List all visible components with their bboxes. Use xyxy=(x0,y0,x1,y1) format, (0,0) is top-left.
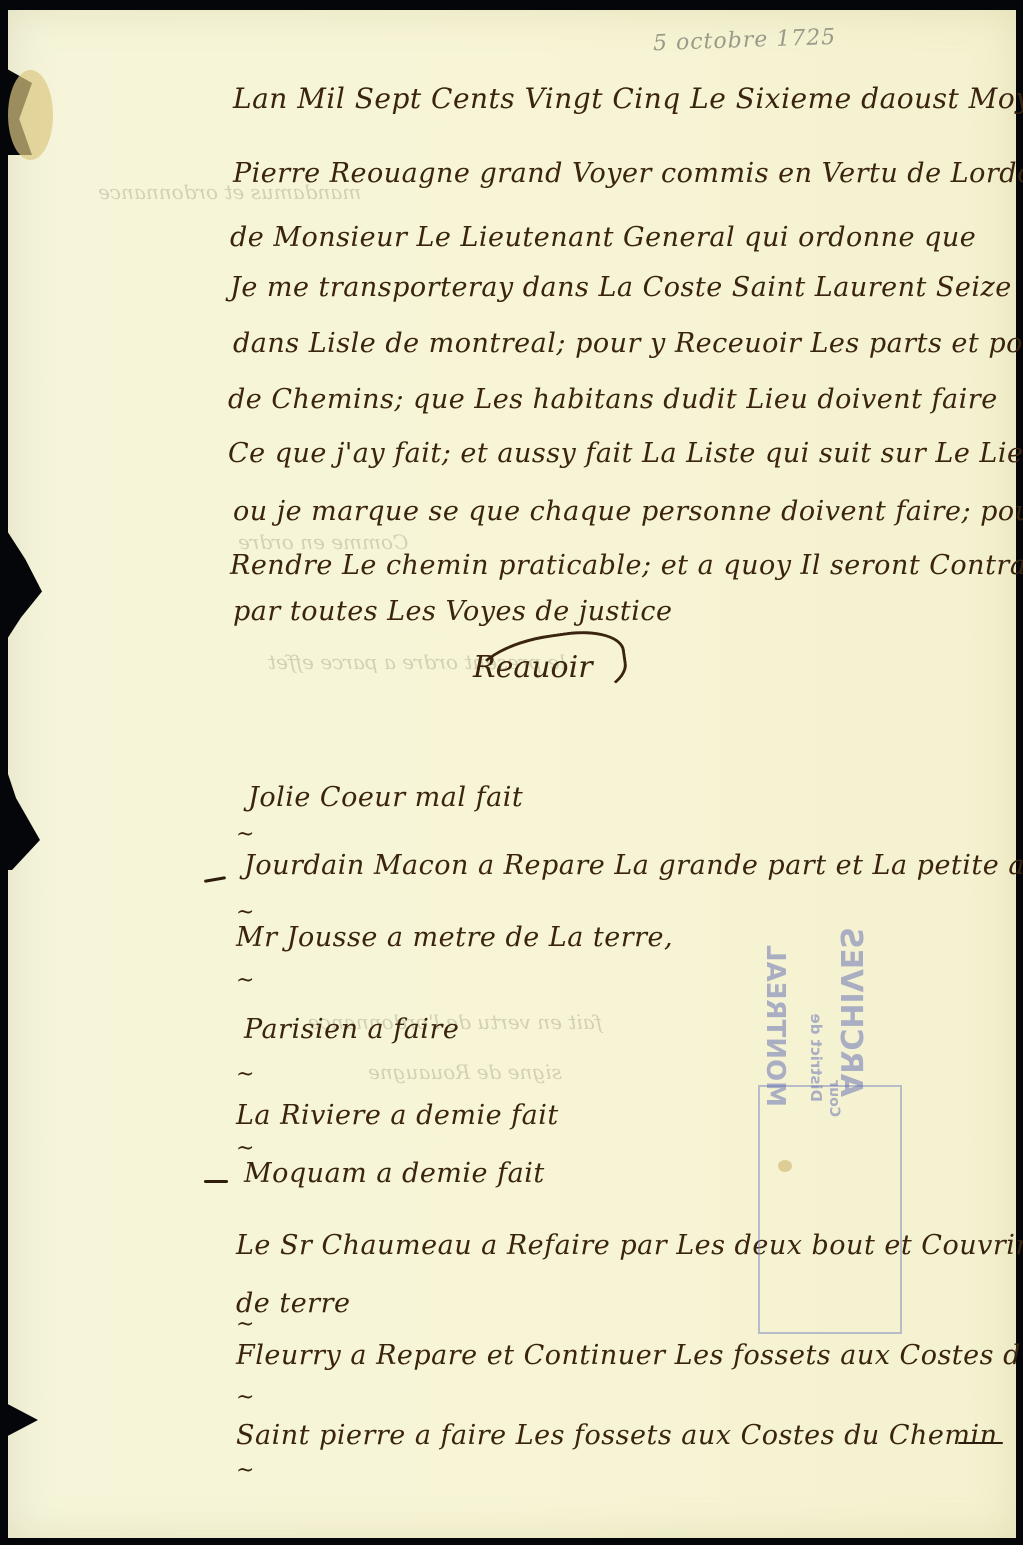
paragraph-line: Rendre Le chemin praticable; et a quoy I… xyxy=(230,550,1023,581)
paragraph-line: dans Lisle de montreal; pour y Receuoir … xyxy=(233,328,1023,359)
paragraph-line: ou je marque se que chaque personne doiv… xyxy=(233,496,1023,527)
paragraph-line: Je me transporteray dans La Coste Saint … xyxy=(230,272,1012,303)
stamp-text: ARCHIVES xyxy=(833,927,868,1097)
stamp-text: District de xyxy=(807,1014,825,1102)
list-entry: Parisien a faire xyxy=(244,1014,459,1045)
signature: Reauoir xyxy=(473,650,593,685)
stamp-text: Cour xyxy=(826,1080,842,1117)
list-entry: La Riviere a demie fait xyxy=(236,1100,559,1131)
margin-dash xyxy=(204,1180,228,1183)
torn-edge xyxy=(0,520,42,650)
manuscript-page: 5 octobre 1725 mandamus et ordonnance Co… xyxy=(8,10,1016,1538)
tilde-mark: ~ xyxy=(236,822,254,847)
archive-stamp: ARCHIVES MONTREAL District de Cour xyxy=(758,1085,902,1334)
list-entry: Jolie Coeur mal fait xyxy=(248,782,523,813)
tilde-mark: ~ xyxy=(236,1385,254,1410)
list-entry: Saint pierre a faire Les fossets aux Cos… xyxy=(236,1420,998,1451)
end-line-dash xyxy=(958,1442,1003,1444)
archive-date-annotation: 5 octobre 1725 xyxy=(653,25,837,56)
tilde-mark: ~ xyxy=(236,1458,254,1483)
paper-stain xyxy=(8,70,53,160)
paragraph-line: Ce que j'ay fait; et aussy fait La Liste… xyxy=(228,438,1023,469)
stamp-text: MONTREAL xyxy=(760,945,790,1107)
list-entry: Jourdain Macon a Repare La grande part e… xyxy=(244,850,1023,881)
paragraph-line: de Chemins; que Les habitans dudit Lieu … xyxy=(228,384,998,415)
paragraph-line: de Monsieur Le Lieutenant General qui or… xyxy=(230,222,976,253)
tilde-mark: ~ xyxy=(236,968,254,993)
torn-edge xyxy=(0,1400,38,1440)
paragraph-line: Pierre Reouagne grand Voyer commis en Ve… xyxy=(233,158,1023,189)
tilde-mark: ~ xyxy=(236,1312,254,1337)
bleed-through-text: signe de Rouaugne xyxy=(368,1060,562,1084)
paragraph-line: par toutes Les Voyes de justice xyxy=(233,596,672,627)
paragraph-line: Lan Mil Sept Cents Vingt Cinq Le Sixieme… xyxy=(233,82,1023,115)
tilde-mark: ~ xyxy=(236,1062,254,1087)
list-entry: Moquam a demie fait xyxy=(244,1158,545,1189)
torn-edge xyxy=(0,750,40,870)
margin-dash xyxy=(204,876,226,883)
list-entry: Mr Jousse a metre de La terre, xyxy=(236,922,673,953)
list-entry: Fleurry a Repare et Continuer Les fosset… xyxy=(236,1340,1023,1371)
list-entry: Le Sr Chaumeau a Refaire par Les deux bo… xyxy=(236,1230,1023,1261)
